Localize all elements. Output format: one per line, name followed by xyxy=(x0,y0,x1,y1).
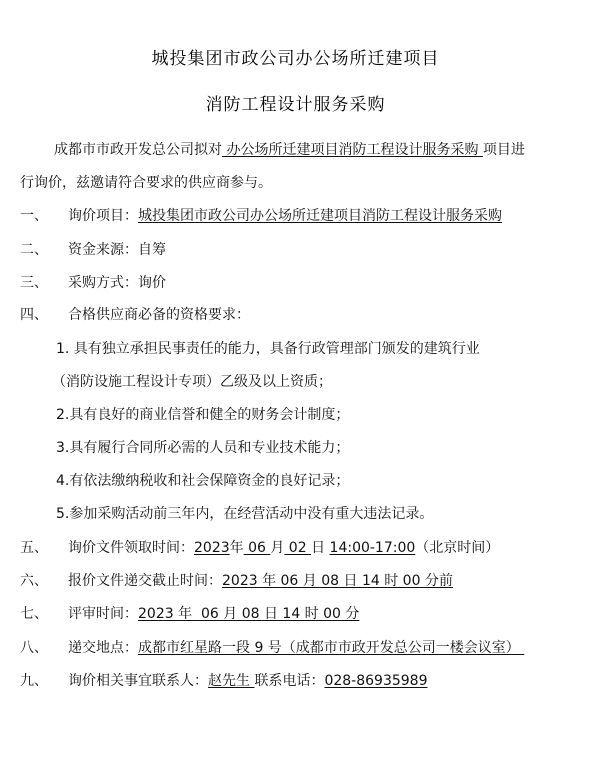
section-label: 询价文件领取时间： xyxy=(68,540,194,556)
pickup-day-unit: 日 xyxy=(311,540,329,556)
section-inquiry-project: 一、询价项目：城投集团市政公司办公场所迁建项目消防工程设计服务采购 xyxy=(20,207,502,225)
section-funding-source: 二、资金来源：自筹 xyxy=(20,241,166,259)
section-value: 城投集团市政公司办公场所迁建项目消防工程设计服务采购 xyxy=(138,208,502,224)
section-number: 三、 xyxy=(20,274,68,292)
section-contact: 九、询价相关事宜联系人：赵先生 联系电话：028-86935989 xyxy=(20,672,427,690)
section-submission-location: 八、递交地点：成都市红星路一段 9 号（成都市市政开发总公司一楼会议室） xyxy=(20,639,524,657)
intro-paragraph-line2: 行询价，兹邀请符合要求的供应商参与。 xyxy=(20,174,272,192)
requirement-item: 3.具有履行合同所必需的人员和专业技术能力； xyxy=(56,439,349,457)
pickup-year: 2023 xyxy=(194,540,230,556)
pickup-month-unit: 月 xyxy=(270,540,284,556)
section-review-time: 七、评审时间：2023 年 06 月 08 日 14 时 00 分 xyxy=(20,605,359,623)
deadline-value: 2023 年 06 月 08 日 14 时 00 分前 xyxy=(222,573,453,589)
section-label: 询价相关事宜联系人： xyxy=(68,673,208,689)
requirement-item-continuation: （消防设施工程设计专项）乙级及以上资质； xyxy=(52,373,332,391)
pickup-day: 02 xyxy=(284,540,311,556)
section-label: 评审时间： xyxy=(68,606,138,622)
pickup-timezone: （北京时间） xyxy=(415,540,499,556)
requirement-item: 5.参加采购活动前三年内，在经营活动中没有重大违法记录。 xyxy=(56,505,433,523)
section-document-pickup-time: 五、询价文件领取时间：2023年 06 月 02 日 14:00-17:00（北… xyxy=(20,539,499,557)
requirement-item: 2.具有良好的商业信誉和健全的财务会计制度； xyxy=(56,406,349,424)
contact-phone: 028-86935989 xyxy=(324,673,427,689)
intro-paragraph-line1: 成都市市政开发总公司拟对 办公场所迁建项目消防工程设计服务采购 项目进 xyxy=(54,141,525,159)
section-number: 九、 xyxy=(20,672,68,690)
requirement-item: 1. 具有独立承担民事责任的能力，具备行政管理部门颁发的建筑行业 xyxy=(56,340,480,358)
section-label: 合格供应商必备的资格要求： xyxy=(68,307,250,323)
requirement-item: 4.有依法缴纳税收和社会保障资金的良好记录； xyxy=(56,472,349,490)
intro-project-name: 办公场所迁建项目消防工程设计服务采购 xyxy=(222,142,483,158)
section-label: 递交地点： xyxy=(68,640,138,656)
section-number: 八、 xyxy=(20,639,68,657)
section-label: 询价项目： xyxy=(68,208,138,224)
section-label: 报价文件递交截止时间： xyxy=(68,573,222,589)
pickup-month: 06 xyxy=(244,540,271,556)
section-number: 六、 xyxy=(20,572,68,590)
phone-label: 联系电话： xyxy=(254,673,324,689)
intro-prefix: 成都市市政开发总公司拟对 xyxy=(54,142,222,158)
section-qualification-requirements: 四、合格供应商必备的资格要求： xyxy=(20,306,250,324)
intro-suffix: 项目进 xyxy=(483,142,525,158)
section-value: 自筹 xyxy=(138,242,166,258)
section-number: 一、 xyxy=(20,207,68,225)
document-title-line2: 消防工程设计服务采购 xyxy=(0,90,591,115)
section-number: 二、 xyxy=(20,241,68,259)
section-number: 四、 xyxy=(20,306,68,324)
document-title-line1: 城投集团市政公司办公场所迁建项目 xyxy=(0,44,591,69)
section-procurement-method: 三、采购方式：询价 xyxy=(20,274,166,292)
pickup-year-unit: 年 xyxy=(230,540,244,556)
review-time-value: 2023 年 06 月 08 日 14 时 00 分 xyxy=(138,606,359,622)
section-label: 资金来源： xyxy=(68,242,138,258)
section-number: 五、 xyxy=(20,539,68,557)
section-value: 询价 xyxy=(138,275,166,291)
section-submission-deadline: 六、报价文件递交截止时间：2023 年 06 月 08 日 14 时 00 分前 xyxy=(20,572,453,590)
section-label: 采购方式： xyxy=(68,275,138,291)
pickup-time: 14:00-17:00 xyxy=(330,540,416,556)
section-number: 七、 xyxy=(20,605,68,623)
location-value: 成都市红星路一段 9 号（成都市市政开发总公司一楼会议室） xyxy=(138,640,524,656)
contact-person: 赵先生 xyxy=(208,673,254,689)
